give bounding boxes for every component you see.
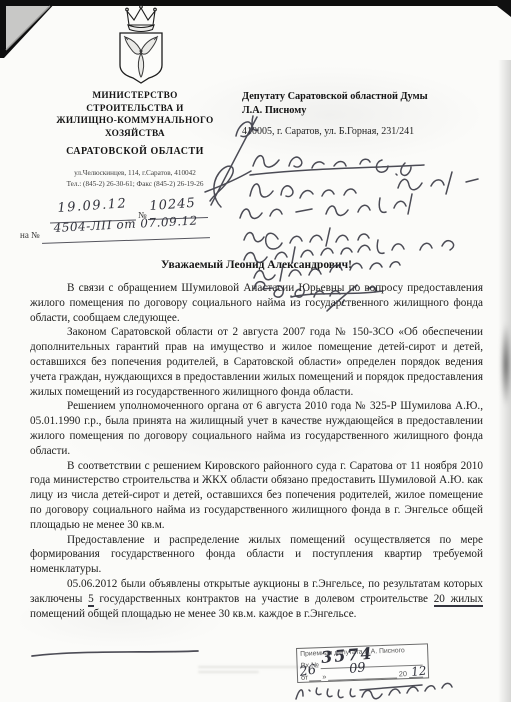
org-phone: Тел.: (845-2) 26-30-61; Факс (845-2) 26-…	[15, 180, 255, 188]
body-text-segment: Предоставление и распределение жилых пом…	[30, 534, 483, 576]
stamp-month-handwritten: 09	[348, 660, 366, 677]
body-text-segment: государственных контрактов на участие в …	[94, 593, 434, 605]
org-region: САРАТОВСКОЙ ОБЛАСТИ	[15, 146, 255, 157]
org-address: ул.Челюскинцев, 114, г.Саратов, 410042	[15, 169, 255, 177]
recipient-block: Депутату Саратовской областной Думы Л.А.…	[242, 90, 497, 137]
form-underline	[42, 237, 210, 244]
outgoing-date-handwritten: 19.09.12	[57, 196, 128, 216]
body-paragraph: В соответствии с решением Кировского рай…	[30, 459, 483, 533]
body-text-segment: Законом Саратовской области от 2 августа…	[30, 326, 483, 397]
stamp-day-handwritten: 26	[298, 662, 317, 680]
stamp-year-prefix: 20	[399, 669, 407, 678]
letterhead: МИНИСТЕРСТВО СТРОИТЕЛЬСТВА И ЖИЛИЩНО-КОМ…	[15, 90, 255, 188]
body-paragraph: Предоставление и распределение жилых пом…	[30, 533, 483, 577]
incoming-reference-handwritten: 4504-ЛП от 07.09.12	[53, 213, 198, 235]
salutation: Уважаемый Леонид Александрович!	[30, 259, 483, 271]
scanned-letter-page: МИНИСТЕРСТВО СТРОИТЕЛЬСТВА И ЖИЛИЩНО-КОМ…	[0, 0, 511, 702]
stamp-year-handwritten: 12	[411, 663, 428, 679]
body-paragraph: Законом Саратовской области от 2 августа…	[30, 325, 483, 399]
body-text-segment: помещений общей площадью не менее 30 кв.…	[30, 608, 356, 620]
scan-smudge-right	[501, 322, 511, 407]
crown-icon	[126, 6, 157, 32]
scan-shadow-right	[498, 60, 511, 702]
body-text-segment: Решением уполномоченного органа от 6 авг…	[30, 400, 483, 456]
pen-underlined-text: 20 жилых	[434, 593, 483, 607]
body-paragraph: 05.06.2012 были объявлены открытые аукци…	[30, 577, 483, 621]
body-paragraph: В связи с обращением Шумиловой Анастасии…	[30, 281, 483, 325]
body-text-segment: В соответствии с решением Кировского рай…	[30, 460, 483, 531]
reply-to-label: на №	[20, 230, 40, 240]
recipient-address: 410005, г. Саратов, ул. Б.Горная, 231/24…	[242, 126, 497, 137]
body-text: В связи с обращением Шумиловой Анастасии…	[30, 281, 483, 621]
org-name-line: ХОЗЯЙСТВА	[15, 128, 255, 141]
org-name-line: СТРОИТЕЛЬСТВА И	[15, 103, 255, 116]
org-name-line: МИНИСТЕРСТВО	[15, 90, 255, 103]
outgoing-number-handwritten: 10245	[149, 196, 196, 214]
saratov-coat-of-arms-icon	[112, 5, 170, 87]
scan-edge-artifacts	[0, 0, 511, 70]
ghost-text-artifact	[198, 663, 308, 681]
body-text-segment: В связи с обращением Шумиловой Анастасии…	[30, 282, 483, 324]
recipient-name: Л.А. Писному	[242, 104, 497, 118]
org-name-line: ЖИЛИЩНО-КОММУНАЛЬНОГО	[15, 115, 255, 128]
recipient-title: Депутату Саратовской областной Думы	[242, 90, 497, 104]
stamp-quote: »	[322, 672, 326, 681]
body-paragraph: Решением уполномоченного органа от 6 авг…	[30, 399, 483, 458]
